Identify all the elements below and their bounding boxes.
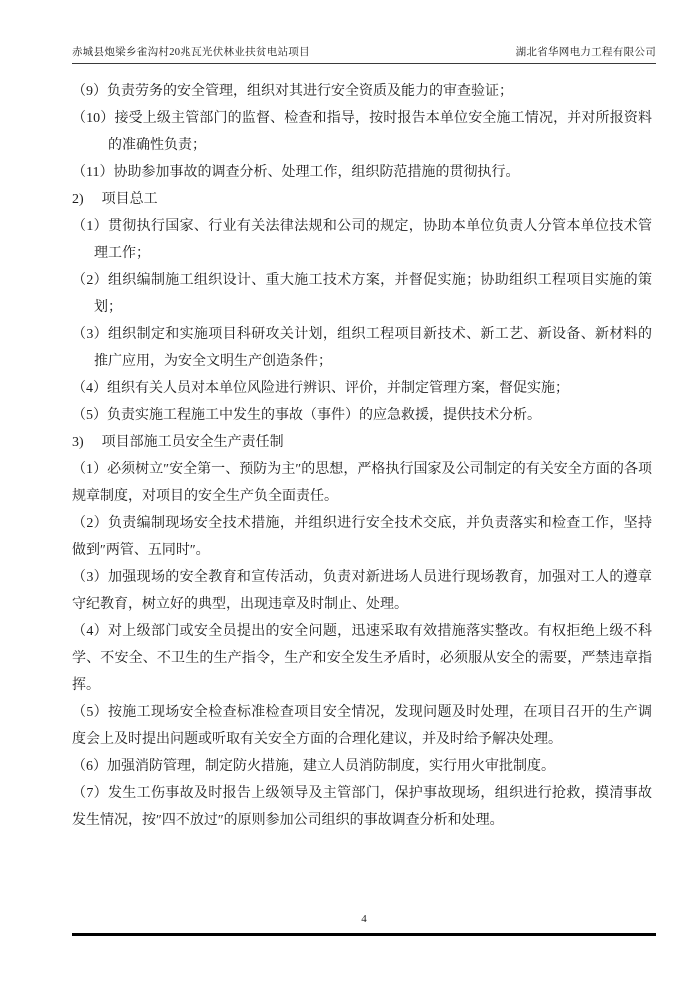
paragraph-item-11: （11）协助参加事故的调查分析、处理工作，组织防范措施的贯彻执行。: [72, 159, 652, 186]
document-body: （9）负责劳务的安全管理，组织对其进行安全资质及能力的审查验证； （10）接受上…: [72, 78, 652, 834]
paragraph-s2-item-3: （3）组织制定和实施项目科研攻关计划，组织工程项目新技术、新工艺、新设备、新材料…: [72, 321, 652, 375]
paragraph-s3-item-5: （5）按施工现场安全检查标准检查项目安全情况，发现问题及时处理，在项目召开的生产…: [72, 699, 652, 753]
section-title: 项目部施工员安全生产责任制: [102, 435, 284, 450]
paragraph-s3-item-7: （7）发生工伤事故及时报告上级领导及主管部门，保护事故现场，组织进行抢救，摸清事…: [72, 780, 652, 834]
paragraph-s3-item-2: （2）负责编制现场安全技术措施，并组织进行安全技术交底，并负责落实和检查工作，坚…: [72, 510, 652, 564]
section-heading-2: 2)项目总工: [72, 186, 652, 213]
paragraph-s3-item-6: （6）加强消防管理，制定防火措施，建立人员消防制度，实行用火审批制度。: [72, 753, 652, 780]
section-heading-3: 3)项目部施工员安全生产责任制: [72, 429, 652, 456]
paragraph-item-10: （10）接受上级主管部门的监督、检查和指导，按时报告本单位安全施工情况，并对所报…: [72, 105, 652, 159]
document-page: 赤城县炮梁乡雀沟村20兆瓦光伏林业扶贫电站项目 湖北省华网电力工程有限公司 （9…: [0, 0, 700, 990]
paragraph-item-9: （9）负责劳务的安全管理，组织对其进行安全资质及能力的审查验证；: [72, 78, 652, 105]
section-title: 项目总工: [102, 192, 158, 207]
page-footer: 4: [72, 908, 656, 936]
header-company-name: 湖北省华网电力工程有限公司: [516, 44, 656, 59]
section-number: 3): [72, 435, 84, 450]
header-project-title: 赤城县炮梁乡雀沟村20兆瓦光伏林业扶贫电站项目: [72, 44, 310, 59]
paragraph-s2-item-1: （1）贯彻执行国家、行业有关法律法规和公司的规定，协助本单位负责人分管本单位技术…: [72, 213, 652, 267]
footer-rule: [72, 933, 656, 936]
paragraph-s3-item-3: （3）加强现场的安全教育和宣传活动，负责对新进场人员进行现场教育，加强对工人的遵…: [72, 564, 652, 618]
section-number: 2): [72, 192, 84, 207]
page-number: 4: [72, 908, 656, 930]
paragraph-s3-item-4: （4）对上级部门或安全员提出的安全问题，迅速采取有效措施落实整改。有权拒绝上级不…: [72, 618, 652, 699]
page-header: 赤城县炮梁乡雀沟村20兆瓦光伏林业扶贫电站项目 湖北省华网电力工程有限公司: [72, 44, 656, 64]
paragraph-s2-item-4: （4）组织有关人员对本单位风险进行辨识、评价，并制定管理方案，督促实施；: [72, 375, 652, 402]
paragraph-s3-item-1: （1）必须树立″安全第一、预防为主″的思想，严格执行国家及公司制定的有关安全方面…: [72, 456, 652, 510]
paragraph-s2-item-2: （2）组织编制施工组织设计、重大施工技术方案，并督促实施；协助组织工程项目实施的…: [72, 267, 652, 321]
paragraph-s2-item-5: （5）负责实施工程施工中发生的事故（事件）的应急救援，提供技术分析。: [72, 402, 652, 429]
